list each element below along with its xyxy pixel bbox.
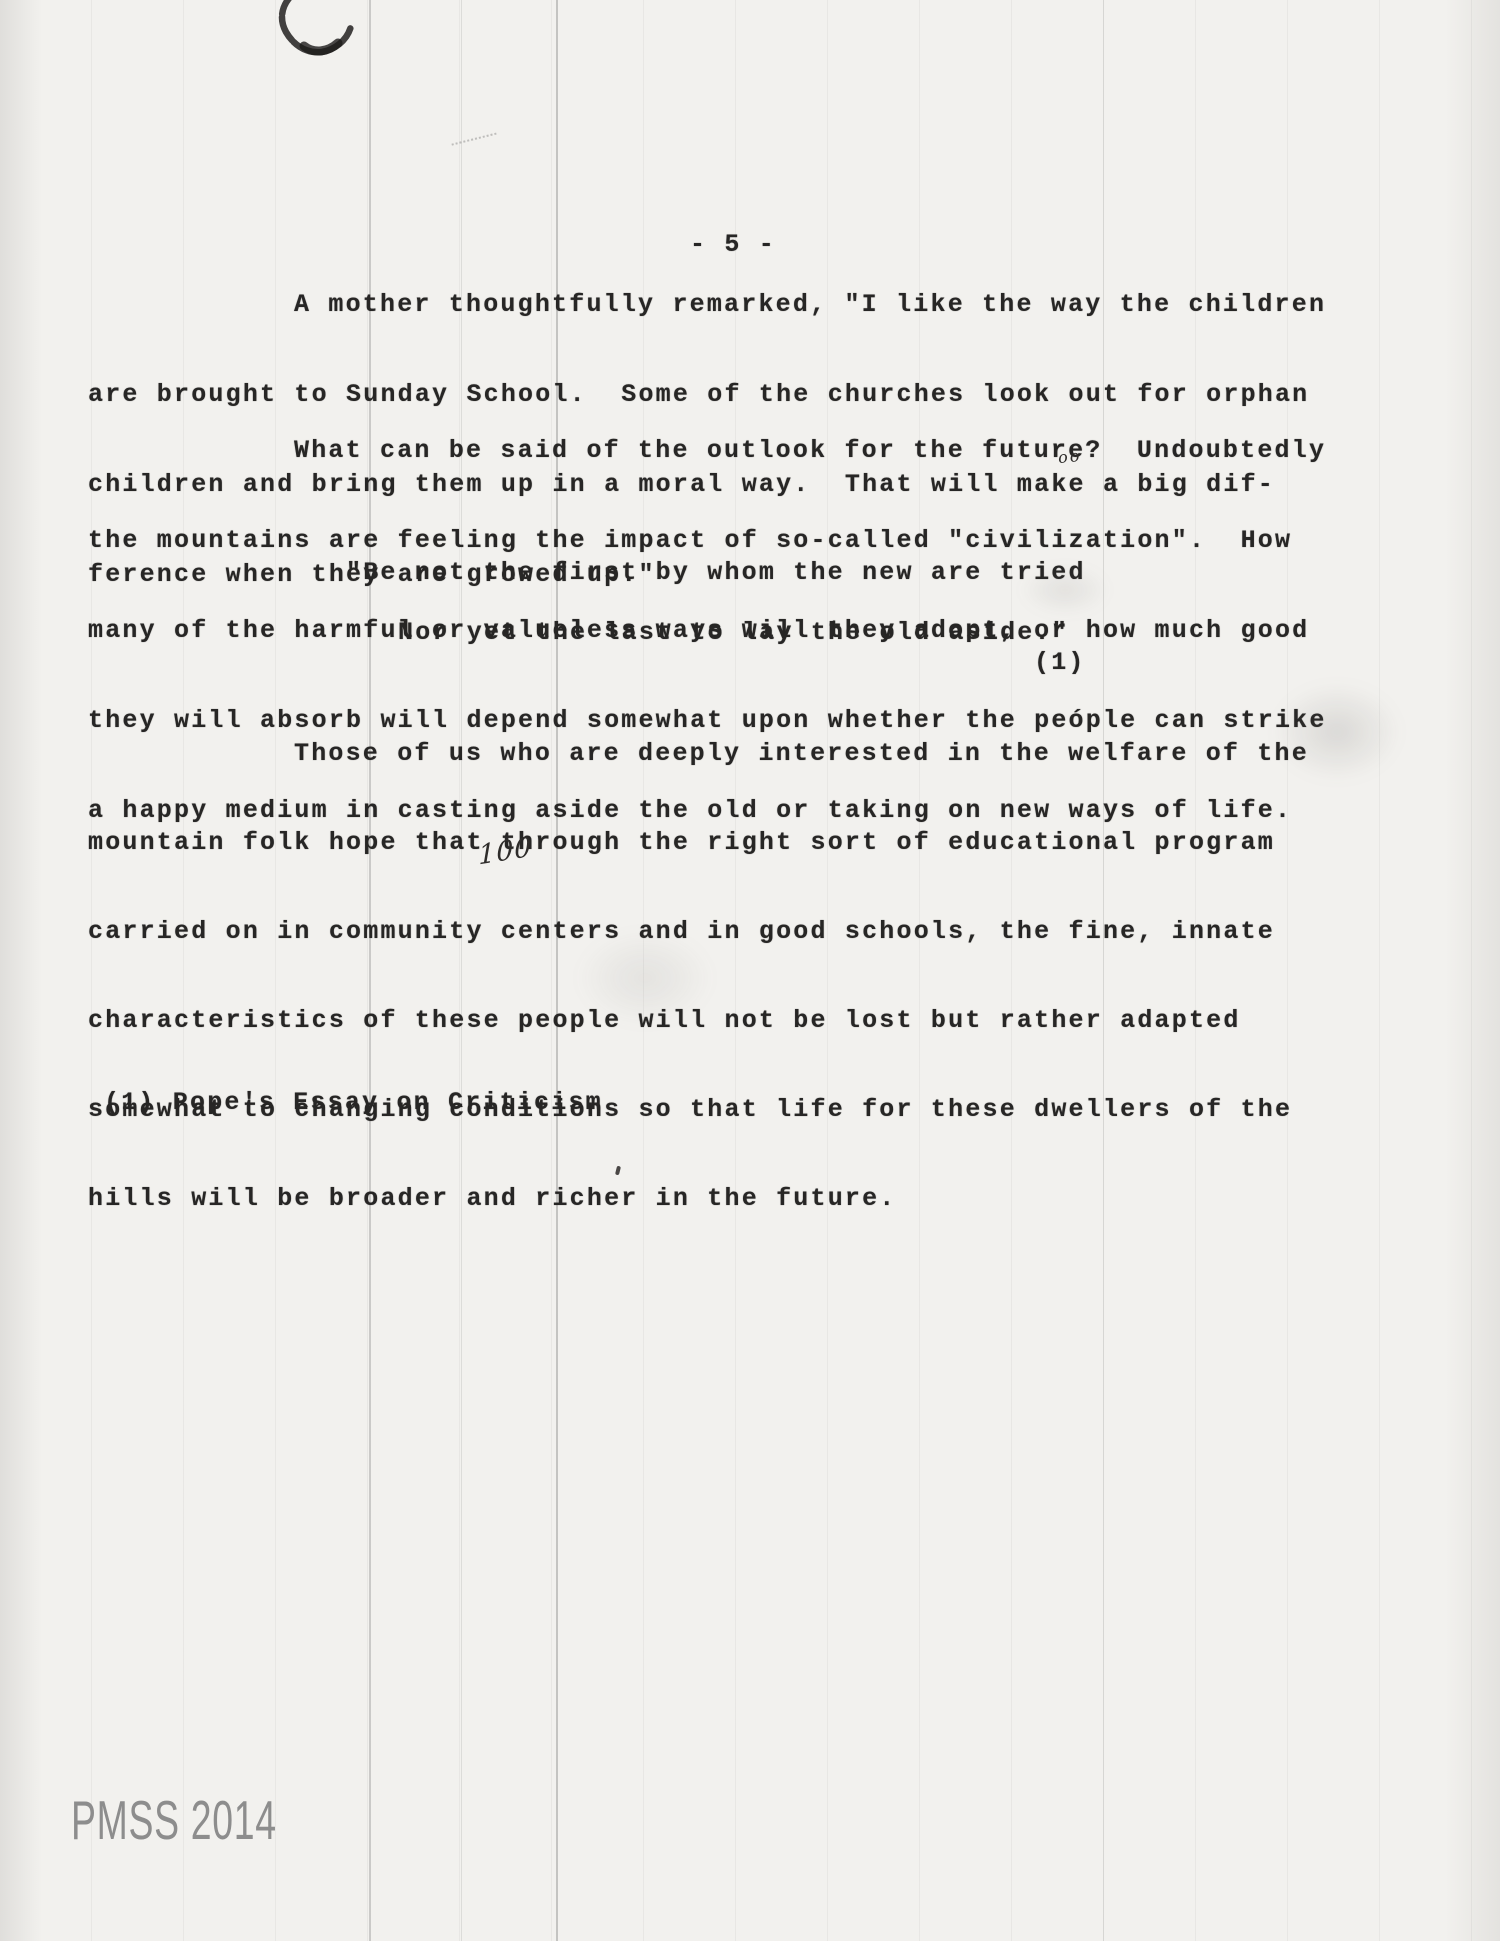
quote-reference-marker: (1) bbox=[1034, 648, 1500, 678]
typed-line: Those of us who are deeply interested in… bbox=[88, 739, 1378, 769]
archive-watermark: PMSS 2014 bbox=[71, 1788, 277, 1852]
typed-line: characteristics of these people will not… bbox=[88, 1006, 1378, 1036]
scan-smudge bbox=[1020, 565, 1110, 615]
scan-smudge bbox=[575, 928, 715, 1028]
typed-line: the mountains are feeling the impact of … bbox=[88, 526, 1378, 556]
paragraph-3: Those of us who are deeply interested in… bbox=[88, 680, 1378, 1273]
typed-line: mountain folk hope that through the righ… bbox=[88, 828, 1378, 858]
scan-smudge bbox=[1272, 682, 1402, 782]
footnote: (1) Pope's Essay on Criticism bbox=[104, 1088, 1394, 1118]
typed-line: carried on in community centers and in g… bbox=[88, 917, 1378, 947]
pencil-squiggle-mark bbox=[451, 133, 498, 154]
typed-line: hills will be broader and richer in the … bbox=[88, 1184, 1378, 1214]
handwritten-oo-mark: oo bbox=[1057, 446, 1082, 467]
ink-circle-mark bbox=[262, 0, 366, 70]
scanned-typewritten-page: - 5 - A mother thoughtfully remarked, "I… bbox=[0, 0, 1500, 1941]
typed-line: A mother thoughtfully remarked, "I like … bbox=[88, 290, 1378, 320]
quote-line-2: Nor yet the last to lay the old aside." bbox=[398, 618, 1500, 648]
typed-line: What can be said of the outlook for the … bbox=[88, 436, 1378, 466]
quote-line-1: "Be not the first by whom the new are tr… bbox=[346, 558, 1500, 588]
